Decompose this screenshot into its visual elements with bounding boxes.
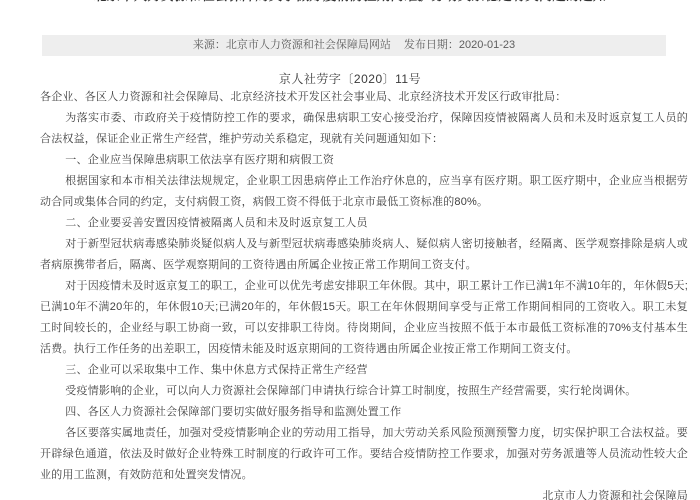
page-title: 北京市人力资源和社会保障局关于做好疫情防控期间维护劳动关系稳定有关问题的通知 (0, 0, 700, 5)
section-2-paragraph-2: 对于因疫情未及时返京复工的职工，企业可以优先考虑安排职工年休假。其中，职工累计工… (40, 276, 688, 360)
section-1-heading: 一、企业应当保障患病职工依法享有医疗期和病假工资 (40, 150, 688, 171)
page-title-clipped: 北京市人力资源和社会保障局关于做好疫情防控期间维护劳动关系稳定有关问题的通知 (0, 0, 700, 6)
publish-date-text: 发布日期：2020-01-23 (404, 39, 515, 51)
section-4-paragraph: 各区要落实属地责任，加强对受疫情影响企业的劳动用工指导，加大劳动关系风险预测预警… (40, 423, 688, 486)
doc-number: 京人社劳字〔2020〕11号 (0, 72, 700, 87)
section-2-heading: 二、企业要妥善安置因疫情被隔离人员和未及时返京复工人员 (40, 213, 688, 234)
section-3-paragraph: 受疫情影响的企业，可以向人力资源社会保障部门申请执行综合计算工时制度，按照生产经… (40, 381, 688, 402)
section-4-heading: 四、各区人力资源社会保障部门要切实做好服务指导和监测处置工作 (40, 402, 688, 423)
section-1-paragraph: 根据国家和本市相关法律法规规定，企业职工因患病停止工作治疗休息的，应当享有医疗期… (40, 171, 688, 213)
source-text: 来源：北京市人力资源和社会保障局网站 (193, 39, 391, 51)
signature: 北京市人力资源和社会保障局 (40, 486, 688, 500)
section-3-heading: 三、企业可以采取集中工作、集中休息方式保持正常生产经营 (40, 360, 688, 381)
salutation: 各企业、各区人力资源和社会保障局、北京经济技术开发区社会事业局、北京经济技术开发… (40, 87, 688, 108)
section-2-paragraph-1: 对于新型冠状病毒感染肺炎疑似病人及与新型冠状病毒感染肺炎病人、疑似病人密切接触者… (40, 234, 688, 276)
document-body: 各企业、各区人力资源和社会保障局、北京经济技术开发区社会事业局、北京经济技术开发… (40, 87, 688, 500)
intro-paragraph: 为落实市委、市政府关于疫情防控工作的要求，确保患病职工安心接受治疗，保障因疫情被… (40, 108, 688, 150)
source-bar: 来源：北京市人力资源和社会保障局网站发布日期：2020-01-23 (42, 35, 666, 56)
